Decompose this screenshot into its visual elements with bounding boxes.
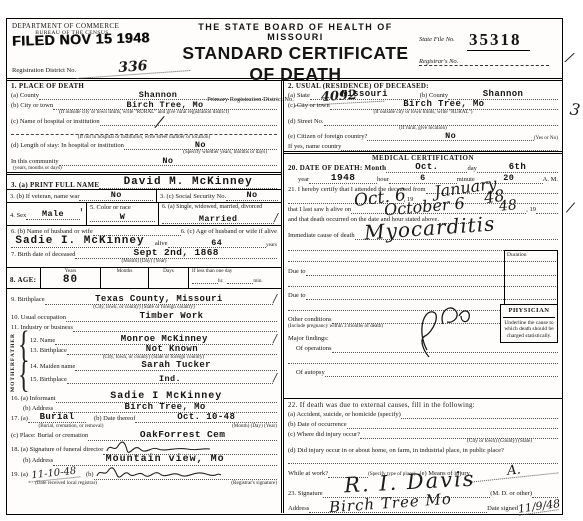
physician-signature-label: 23. Signature	[288, 490, 323, 498]
board-name: THE STATE BOARD OF HEALTH OF MISSOURI	[182, 22, 409, 42]
mother-birthplace-label: 15. Birthplace	[30, 376, 67, 384]
immediate-cause-label: Immediate cause of death	[288, 232, 355, 240]
full-name-value: David M. McKinney	[99, 177, 277, 189]
mother-name-value: Sarah Tucker	[75, 361, 277, 371]
of-autopsy-label: Of autopsy	[288, 369, 325, 377]
residence-state-label: (a) State	[288, 92, 310, 100]
father-section: FATHER { 12. Name Monroe McKinney / 13. …	[7, 332, 281, 361]
pen-slash-mark: /	[273, 292, 277, 305]
certify-line3: and that death occurred on the date and …	[288, 216, 439, 224]
pen-slash-mark: /	[274, 211, 278, 224]
pen-tick-mark: '	[80, 206, 83, 220]
race-label: 5. Color or race	[90, 204, 155, 212]
funeral-director-label: 18. (a) Signature of funeral director	[11, 446, 103, 454]
birthdate-caption: (Month) (Day) (Year)	[7, 259, 281, 265]
registration-district-row: Registration District No. 336	[12, 60, 190, 75]
pen-slash-mark: /	[564, 50, 574, 67]
physician-address-label: Address	[288, 505, 309, 513]
residence-city-label: (c) City or town	[288, 102, 330, 110]
hospital-label: (c) Name of hospital or institution	[11, 118, 100, 126]
death-month-value: Oct.	[386, 163, 467, 173]
death-year-label: year	[288, 176, 309, 184]
full-name-label: 3. (a) PRINT FULL NAME	[11, 181, 99, 189]
death-minute-value: 20	[475, 174, 543, 184]
race-value: W	[90, 213, 155, 223]
citizen-value: No	[367, 132, 533, 142]
certify-block: 21. I hereby certify that I attended the…	[284, 184, 562, 224]
pen-mark-3: 3	[569, 99, 582, 119]
county-label: (a) County	[11, 92, 39, 100]
header-left: DEPARTMENT OF COMMERCE BUREAU OF THE CEN…	[12, 22, 182, 78]
physician-box-note: Underline the cause to which death shoul…	[503, 320, 555, 341]
registrar-b-label: (b)	[86, 471, 94, 479]
county-value: Shannon	[39, 91, 277, 101]
while-at-work-label: While at work?	[288, 470, 328, 478]
occupation-label: 10. Usual occupation	[11, 314, 66, 322]
registrar-received-label: 19. (a)	[11, 471, 28, 479]
spouse-name-value: Sadie I. McKinney	[11, 236, 149, 248]
burial-place-label: (c) Place: Burial or cremation	[11, 432, 88, 440]
external-d-label: (d) Did injury occur in or about home, o…	[288, 447, 504, 455]
external-heading: 22. If death was due to external causes,…	[288, 401, 475, 410]
registration-district-label: Registration District No.	[12, 67, 76, 75]
age-years-value: 80	[44, 274, 97, 286]
mother-section: MOTHER { 14. Maiden name Sarah Tucker 15…	[7, 361, 281, 392]
form-title: STANDARD CERTIFICATE OF DEATH	[182, 43, 409, 85]
burial-place-value: OakForrest Cem	[88, 430, 277, 441]
sex-value: Male	[26, 210, 79, 220]
header-center: THE STATE BOARD OF HEALTH OF MISSOURI ST…	[182, 22, 409, 78]
age-hr-label: hr.	[218, 279, 223, 285]
veteran-value: No	[79, 191, 153, 201]
hw-date-signed: 11/9/48	[517, 498, 558, 515]
external-causes-section: 22. If death was due to external causes,…	[284, 399, 562, 478]
certify-19a: , 19	[404, 196, 414, 204]
citizen-label: (e) Citizen of foreign country?	[288, 133, 367, 141]
city-label: (b) City or town	[11, 102, 53, 110]
date-signed-label: Date signed	[487, 505, 518, 513]
filed-date-stamp: FILED NOV 15 1948	[12, 29, 150, 49]
certificate-border: DEPARTMENT OF COMMERCE BUREAU OF THE CEN…	[6, 18, 563, 515]
registrar-no-label: Registrar's No.	[419, 58, 549, 66]
death-certificate-scan: DEPARTMENT OF COMMERCE BUREAU OF THE CEN…	[0, 0, 583, 521]
physician-box-title: PHYSICIAN	[503, 307, 555, 317]
length-of-stay-label: (d) Length of stay: In hospital or insti…	[11, 142, 124, 150]
mother-name-label: 14. Maiden name	[30, 363, 75, 371]
certify-line2: that I last saw h alive on	[288, 206, 351, 214]
hospital-value-blank	[100, 117, 277, 126]
burial-value: Burial	[28, 413, 86, 423]
registrar-signature-caption: (Registrar's signature)	[231, 481, 277, 487]
country-label: If yes, name country	[288, 143, 341, 151]
major-findings-label: Major findings:	[288, 335, 329, 343]
certify-19b: , 19	[526, 206, 536, 214]
burial-date-label: (b) Date thereof	[94, 415, 136, 423]
registrar-received-caption: (Date received local registrar)	[11, 481, 121, 487]
death-day-value: 6th	[477, 163, 558, 173]
mother-birthplace-value: Ind.	[67, 375, 273, 385]
duration-label: Duration	[507, 252, 527, 258]
birthplace-caption: (City, town, or county) (State or foreig…	[7, 305, 281, 311]
certificate-body: 1. PLACE OF DEATH (a) County Shannon (b)…	[7, 81, 562, 513]
funeral-director-address-value: Mountain view, Mo	[53, 455, 277, 466]
state-file-number: 35318	[467, 30, 530, 51]
registrar-signature	[94, 466, 277, 480]
birthplace-label: 9. Birthplace	[11, 296, 45, 304]
father-birthplace-label: 13. Birthplace	[30, 347, 67, 355]
mother-side-label: MOTHER	[10, 361, 16, 392]
death-year-value: 1948	[309, 173, 377, 184]
marital-value: Married	[162, 215, 274, 225]
age-cells: 8. AGE: Years 80 Months Days If less	[7, 267, 281, 289]
physician-box: PHYSICIAN Underline the cause to which d…	[500, 304, 558, 343]
marital-label: 6. (a) Single, widowed, married, divorce…	[162, 204, 278, 212]
medical-certification-section: MEDICAL CERTIFICATION 20. DATE OF DEATH:…	[284, 154, 562, 398]
ssn-label: 3. (c) Social Security No.	[160, 193, 226, 201]
death-minute-label: minute	[457, 176, 475, 184]
pen-slash-mark: /	[273, 332, 277, 345]
death-hour-label: hour	[377, 176, 389, 184]
ssn-value: No	[226, 191, 278, 201]
death-ampm: A. M.	[543, 176, 558, 184]
state-file-label: State File No.	[419, 36, 455, 43]
informant-address-value: Birch Tree, Mo	[53, 403, 277, 413]
means-of-injury-label: (e) Means of injury	[419, 470, 469, 478]
certify-line1: 21. I hereby certify that I attended the…	[288, 186, 426, 194]
birthdate-value: Sept 2nd, 1868	[75, 248, 277, 259]
department-line1: DEPARTMENT OF COMMERCE	[12, 22, 182, 30]
header-right: State File No. 35318 Registrar's No.	[409, 22, 557, 78]
burial-date-value: Oct. 10-48	[135, 413, 277, 423]
pen-slash-mark: /	[566, 200, 574, 217]
external-a-label: (a) Accident, suicide, or homicide (spec…	[288, 411, 401, 419]
sex-label: 4. Sex	[10, 212, 26, 220]
community-value: No	[59, 157, 277, 167]
other-conditions-label: Other conditions	[288, 316, 332, 324]
father-side-label: FATHER	[10, 333, 16, 361]
left-column: 1. PLACE OF DEATH (a) County Shannon (b)…	[7, 81, 284, 513]
death-day-label: day	[467, 165, 476, 173]
age-min-label: min.	[253, 279, 262, 285]
external-c-label: (c) Where did injury occur?	[288, 431, 360, 439]
country-blank	[341, 142, 558, 151]
occupation-value: Timber Work	[66, 312, 277, 322]
burial-label: 17. (a)	[11, 415, 28, 423]
birthdate-label: 7. Birth date of deceased	[11, 251, 75, 259]
due-to-label-1: Due to	[288, 268, 306, 276]
due-to-label-2: Due to	[288, 292, 306, 300]
external-b-label: (b) Date of occurrence	[288, 421, 347, 429]
spouse-age-label: 6. (c) Age of husband or wife if alive	[181, 228, 277, 236]
registration-district-value: 336	[76, 56, 191, 79]
of-operations-label: Of operations	[288, 345, 332, 353]
place-of-death-heading: 1. PLACE OF DEATH	[11, 82, 84, 90]
age-label: 8. AGE:	[10, 276, 36, 284]
death-hour-value: 6	[389, 174, 457, 184]
industry-value-blank	[73, 323, 277, 332]
md-label: (M. D. or other)	[490, 490, 532, 498]
veteran-ssn-cells: 3. (b) If veteran, name war No 3. (c) So…	[7, 189, 281, 203]
residence-street-label: (d) Street No.	[288, 118, 324, 126]
sex-race-marital-cells: 4. Sex Male ' 5. Color or race W 6. (a) …	[7, 203, 281, 227]
funeral-director-address-label: (b) Address	[11, 457, 53, 465]
certificate-header: DEPARTMENT OF COMMERCE BUREAU OF THE CEN…	[7, 19, 562, 81]
pen-slash-mark: /	[273, 371, 277, 384]
veteran-label: 3. (b) If veteran, name war	[10, 193, 79, 201]
father-name-label: 12. Name	[30, 337, 55, 345]
funeral-director-signature	[103, 441, 277, 455]
right-column: 2. USUAL (RESIDENCE) OF DECEASED: (a) St…	[284, 81, 562, 513]
